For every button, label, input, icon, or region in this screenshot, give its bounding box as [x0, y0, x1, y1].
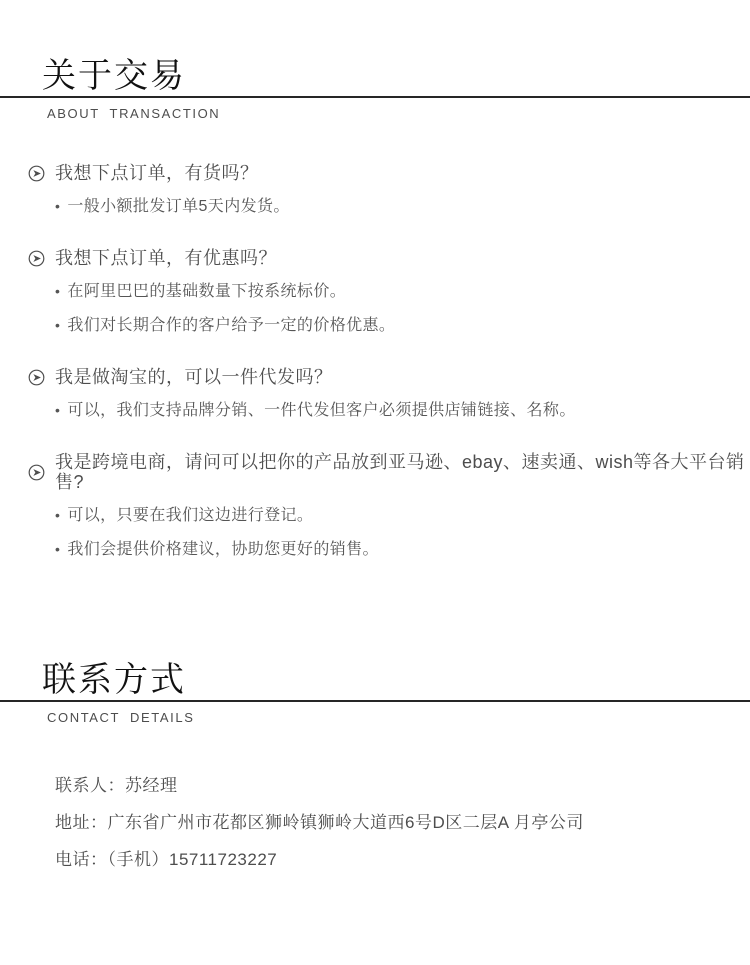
contact-person-label: 联系人： — [55, 776, 125, 795]
bullet-icon: • — [55, 281, 60, 301]
circle-arrow-right-icon — [28, 165, 45, 182]
transaction-title-rule: 关于交易 — [0, 0, 750, 98]
page: { "colors": { "heading": "#111111", "rul… — [0, 0, 750, 965]
contact-title-rule: 联系方式 — [0, 660, 750, 702]
faq-question: 我是跨境电商，请问可以把你的产品放到亚马逊、ebay、速卖通、wish等各大平台… — [28, 452, 750, 492]
faq-answer-text: 在阿里巴巴的基础数量下按系统标价。 — [67, 282, 346, 302]
contact-section-header: 联系方式 CONTACT DETAILS — [0, 660, 750, 725]
bullet-icon: • — [55, 400, 60, 420]
contact-phone-value: （手机）15711723227 — [108, 850, 278, 869]
faq-answer: • 可以，只要在我们这边进行登记。 — [55, 505, 750, 526]
faq-answer: • 我们对长期合作的客户给予一定的价格优惠。 — [55, 315, 750, 336]
faq-answer: • 一般小额批发订单5天内发货。 — [55, 196, 750, 217]
faq-answer-text: 一般小额批发订单5天内发货。 — [67, 197, 290, 217]
circle-arrow-right-icon — [28, 464, 45, 481]
faq-question-text: 我想下点订单，有优惠吗？ — [55, 248, 277, 268]
faq-answer-text: 我们对长期合作的客户给予一定的价格优惠。 — [67, 316, 395, 336]
faq-question: 我是做淘宝的，可以一件代发吗？ — [28, 367, 750, 387]
faq-answer-text: 可以，我们支持品牌分销、一件代发但客户必须提供店铺链接、名称。 — [67, 401, 575, 421]
contact-rows: 联系人：苏经理 地址：广东省广州市花都区狮岭镇狮岭大道西6号D区二层A 月亭公司… — [0, 775, 750, 871]
transaction-section-header: 关于交易 ABOUT TRANSACTION — [0, 0, 750, 121]
faq-answer-text: 我们会提供价格建议，协助您更好的销售。 — [67, 540, 379, 560]
bullet-icon: • — [55, 315, 60, 335]
transaction-section-title: 关于交易 — [42, 56, 750, 96]
faq-question-text: 我是跨境电商，请问可以把你的产品放到亚马逊、ebay、速卖通、wish等各大平台… — [55, 452, 750, 492]
contact-section-title: 联系方式 — [42, 660, 750, 700]
faq-answer: • 我们会提供价格建议，协助您更好的销售。 — [55, 539, 750, 560]
contact-address-row: 地址：广东省广州市花都区狮岭镇狮岭大道西6号D区二层A 月亭公司 — [55, 812, 750, 834]
faq-question: 我想下点订单，有货吗？ — [28, 163, 750, 183]
contact-address-value: 广东省广州市花都区狮岭镇狮岭大道西6号D区二层A 月亭公司 — [108, 813, 584, 832]
transaction-section-subtitle: ABOUT TRANSACTION — [47, 106, 750, 121]
faq-item: 我想下点订单，有优惠吗？ • 在阿里巴巴的基础数量下按系统标价。 • 我们对长期… — [0, 248, 750, 336]
contact-person-row: 联系人：苏经理 — [55, 775, 750, 797]
circle-arrow-right-icon — [28, 250, 45, 267]
bullet-icon: • — [55, 196, 60, 216]
faq-list: 我想下点订单，有货吗？ • 一般小额批发订单5天内发货。 我想下点订单，有优惠吗… — [0, 163, 750, 560]
faq-item: 我是跨境电商，请问可以把你的产品放到亚马逊、ebay、速卖通、wish等各大平台… — [0, 452, 750, 560]
contact-phone-label: 电话： — [55, 850, 108, 869]
bullet-icon: • — [55, 505, 60, 525]
faq-item: 我想下点订单，有货吗？ • 一般小额批发订单5天内发货。 — [0, 163, 750, 217]
contact-section-subtitle: CONTACT DETAILS — [47, 710, 750, 725]
contact-phone-row: 电话：（手机）15711723227 — [55, 849, 750, 871]
contact-person-value: 苏经理 — [125, 776, 178, 795]
circle-arrow-right-icon — [28, 369, 45, 386]
bullet-icon: • — [55, 539, 60, 559]
faq-item: 我是做淘宝的，可以一件代发吗？ • 可以，我们支持品牌分销、一件代发但客户必须提… — [0, 367, 750, 421]
faq-answer: • 在阿里巴巴的基础数量下按系统标价。 — [55, 281, 750, 302]
faq-question: 我想下点订单，有优惠吗？ — [28, 248, 750, 268]
faq-question-text: 我想下点订单，有货吗？ — [55, 163, 259, 183]
faq-answer-text: 可以，只要在我们这边进行登记。 — [67, 506, 313, 526]
faq-question-text: 我是做淘宝的，可以一件代发吗？ — [55, 367, 333, 387]
faq-answer: • 可以，我们支持品牌分销、一件代发但客户必须提供店铺链接、名称。 — [55, 400, 750, 421]
contact-address-label: 地址： — [55, 813, 108, 832]
